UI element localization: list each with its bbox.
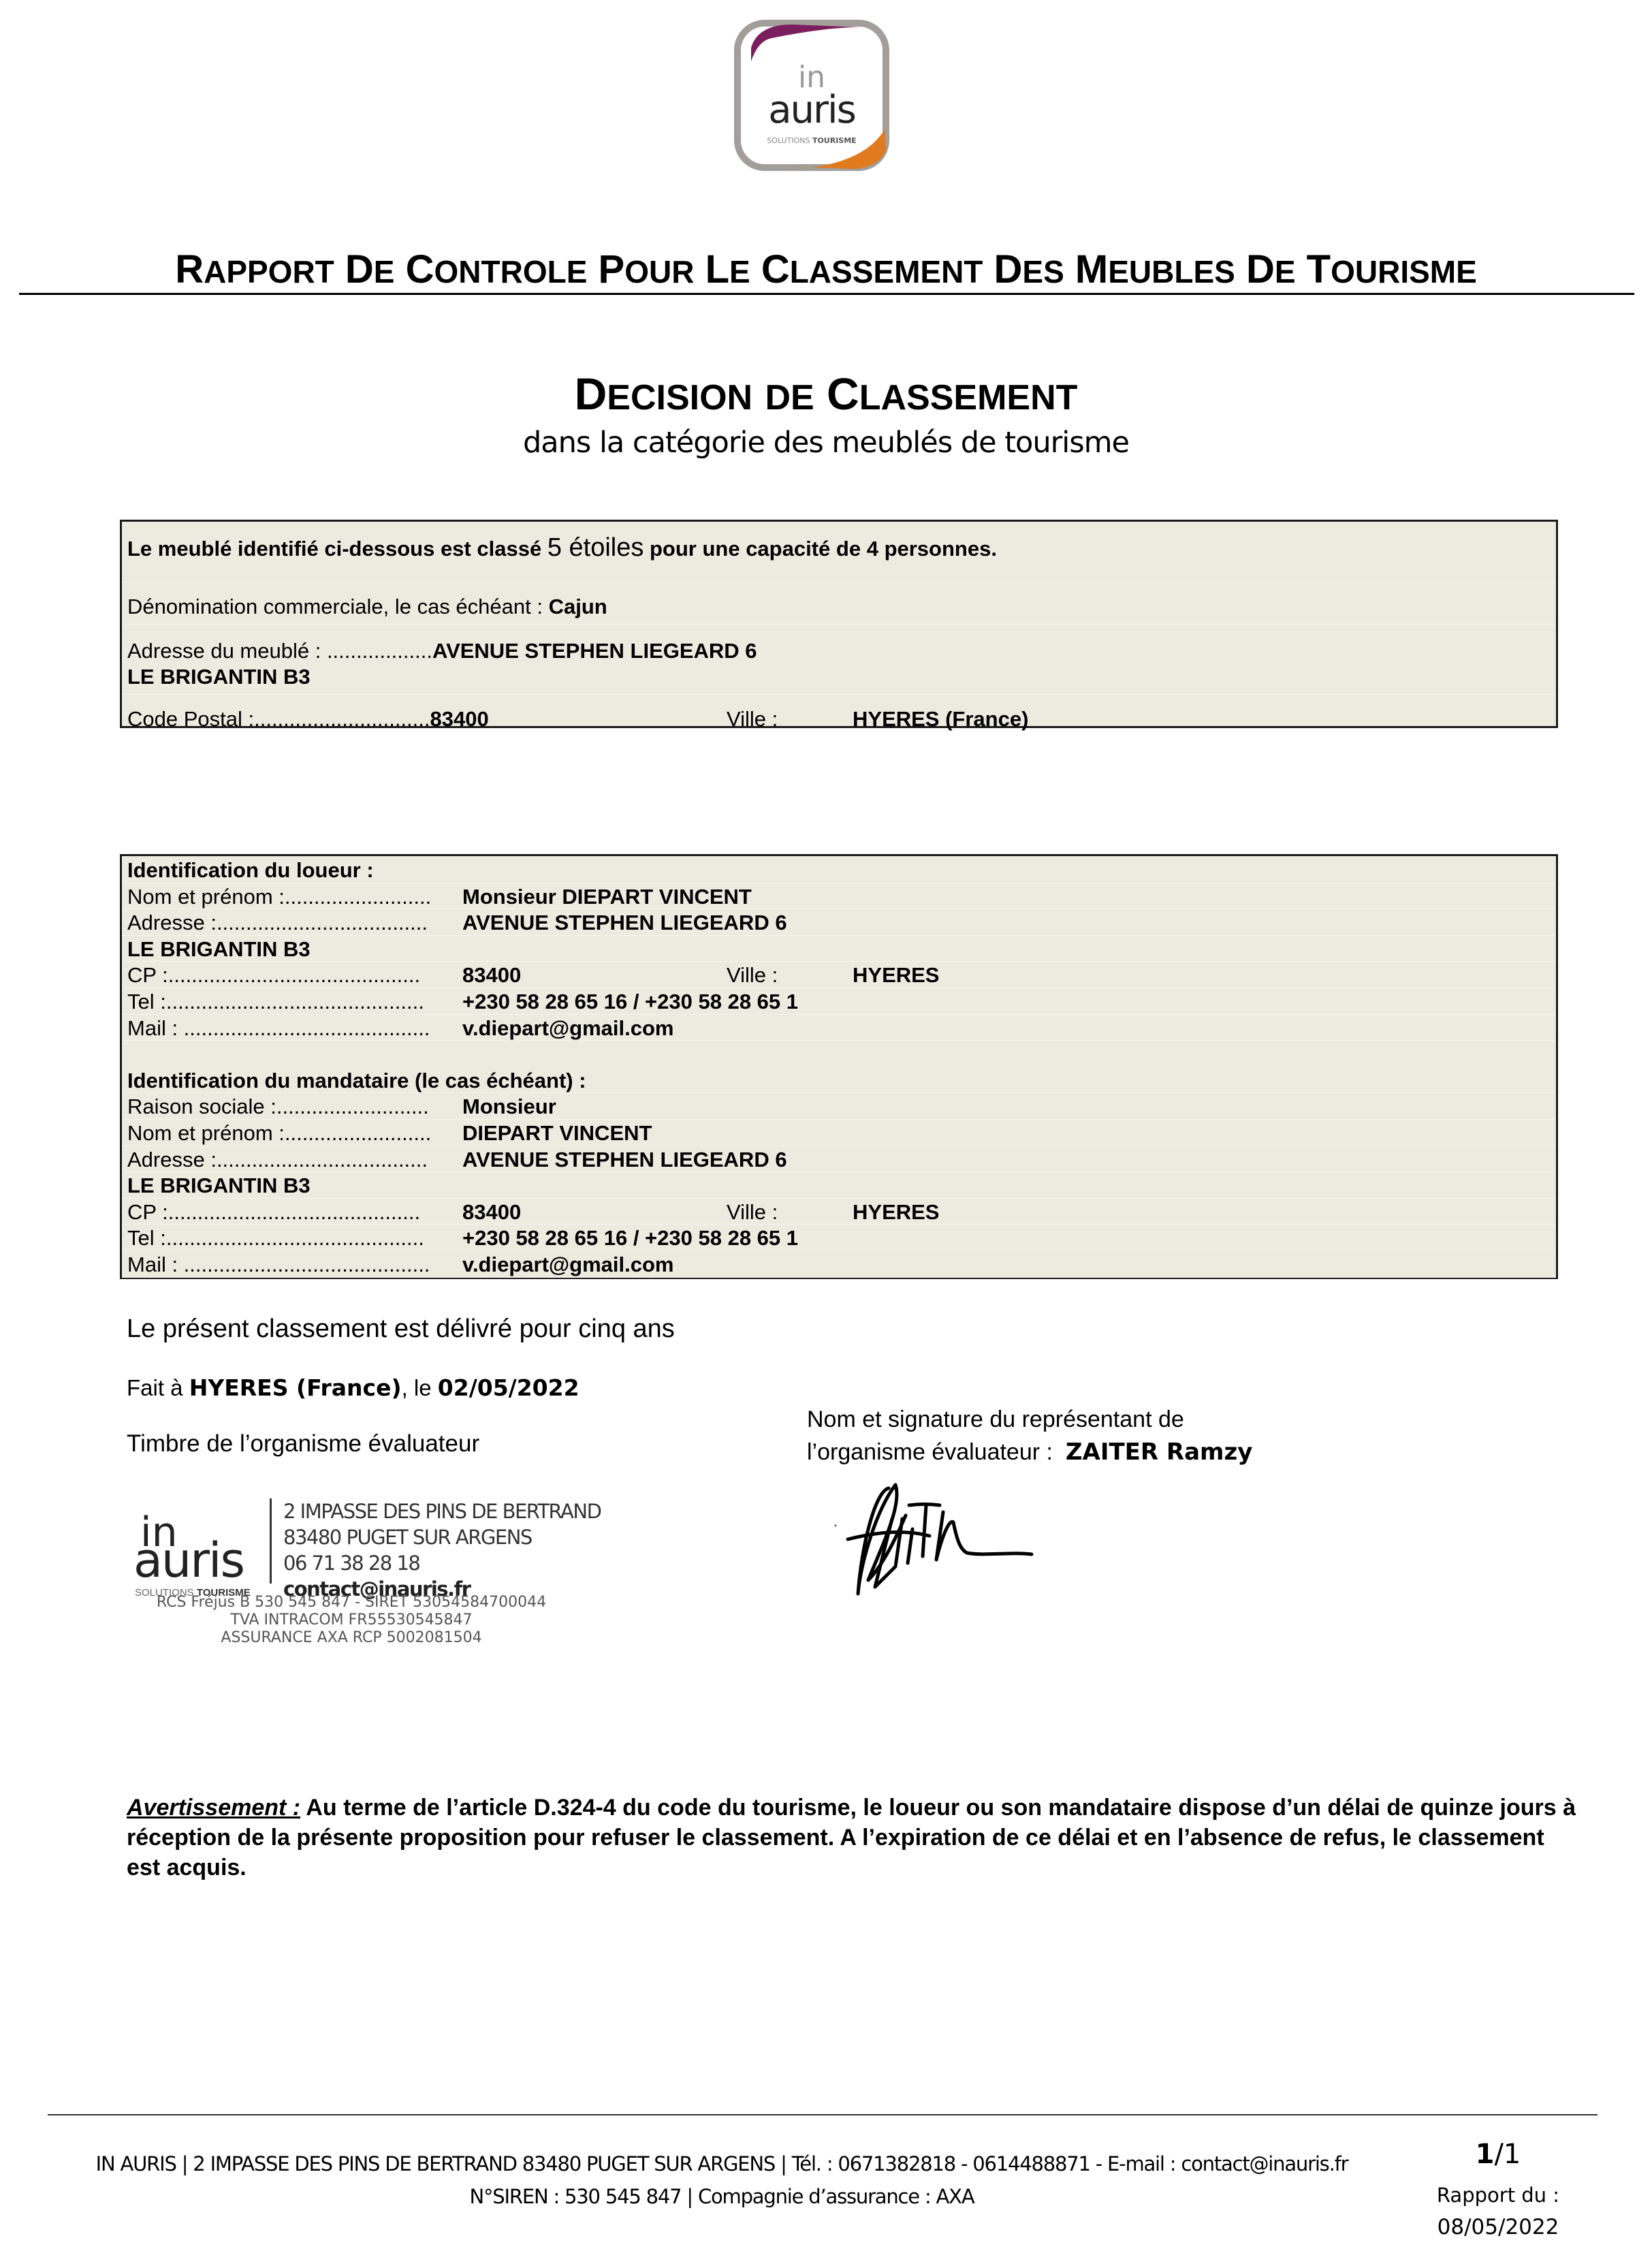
title-divider — [19, 293, 1634, 295]
validity-text: Le présent classement est délivré pour c… — [127, 1315, 675, 1344]
report-date: 08/05/2022 — [1396, 2215, 1600, 2239]
decision-heading: DECISION DE CLASSEMENT — [0, 368, 1652, 420]
svg-text:SOLUTIONS TOURISME: SOLUTIONS TOURISME — [767, 136, 856, 145]
capacity-value: 4 — [867, 537, 878, 561]
svg-text:auris: auris — [768, 88, 855, 132]
page-number: 1/1 — [1396, 2139, 1600, 2170]
mandataire-heading: Identification du mandataire (le cas éch… — [127, 1068, 586, 1094]
loueur-address-row: Adresse :...............................… — [127, 910, 428, 936]
denomination-value: Cajun — [549, 595, 607, 618]
report-date-label: Rapport du : — [1396, 2184, 1600, 2207]
representative-label: Nom et signature du représentant de l’or… — [807, 1403, 1252, 1468]
mandataire-cp-row: CP :....................................… — [127, 1199, 420, 1225]
denomination-row: Dénomination commerciale, le cas échéant… — [127, 595, 607, 619]
signature-image — [827, 1464, 1113, 1614]
postal-row: Code Postal :...........................… — [127, 707, 1149, 731]
identification-box: Identification du loueur :Nom et prénom … — [120, 854, 1558, 1279]
company-stamp: in auris SOLUTIONS TOURISME 2 IMPASSE DE… — [127, 1498, 617, 1675]
footer-divider — [48, 2114, 1598, 2115]
city-value: HYERES (France) — [853, 707, 1028, 731]
signed-date: 02/05/2022 — [438, 1374, 579, 1401]
stamp-label: Timbre de l’organisme évaluateur — [127, 1430, 479, 1458]
signed-place-date: Fait à HYERES (France), le 02/05/2022 — [127, 1374, 579, 1401]
footer-company-info: IN AURIS | 2 IMPASSE DES PINS DE BERTRAN… — [41, 2152, 1403, 2175]
classification-statement: Le meublé identifié ci-dessous est class… — [127, 533, 997, 563]
stamp-legal: RCS Fréjus B 530 545 847 - SIRET 5305458… — [127, 1594, 576, 1647]
footer-siren-info: N°SIREN : 530 545 847 | Compagnie d’assu… — [41, 2185, 1403, 2208]
report-title: RAPPORT DE CONTROLE POUR LE CLASSEMENT D… — [0, 247, 1652, 292]
address-row: Adresse du meublé : ..................AV… — [127, 639, 757, 663]
stamp-divider — [270, 1498, 272, 1584]
warning-notice: Avertissement : Au terme de l’article D.… — [127, 1793, 1584, 1883]
loueur-cp-row: CP :....................................… — [127, 962, 420, 988]
loueur-name-row: Nom et prénom :.........................… — [127, 884, 431, 910]
logo-graphic: in auris SOLUTIONS TOURISME — [731, 14, 893, 176]
loueur-address-line2: LE BRIGANTIN B3 — [127, 937, 311, 962]
signed-place: HYERES (France) — [189, 1374, 402, 1401]
loueur-mail-row: Mail : .................................… — [127, 1016, 430, 1041]
address-value: AVENUE STEPHEN LIEGEARD 6 — [432, 639, 757, 663]
loueur-heading: Identification du loueur : — [127, 857, 374, 883]
warning-label: Avertissement : — [127, 1795, 300, 1821]
inauris-logo: in auris SOLUTIONS TOURISME — [731, 14, 893, 176]
mandataire-mail-row: Mail : .................................… — [127, 1252, 430, 1278]
postal-value: 83400 — [430, 707, 489, 731]
address-line2: LE BRIGANTIN B3 — [127, 665, 311, 689]
mandataire-address-line2: LE BRIGANTIN B3 — [127, 1173, 311, 1199]
representative-name: ZAITER Ramzy — [1066, 1438, 1253, 1466]
warning-text: Au terme de l’article D.324-4 du code du… — [127, 1795, 1576, 1881]
stamp-address: 2 IMPASSE DES PINS DE BERTRAND 83480 PUG… — [283, 1498, 601, 1602]
classification-box: Le meublé identifié ci-dessous est class… — [120, 520, 1558, 728]
mandataire-tel-row: Tel :...................................… — [127, 1225, 424, 1251]
mandataire-raison-row: Raison sociale :........................… — [127, 1094, 429, 1120]
decision-subtitle: dans la catégorie des meublés de tourism… — [0, 426, 1652, 460]
loueur-tel-row: Tel :...................................… — [127, 989, 424, 1015]
mandataire-name-row: Nom et prénom :.........................… — [127, 1120, 431, 1146]
mandataire-address-row: Adresse :...............................… — [127, 1147, 428, 1173]
star-rating: 5 étoiles — [547, 533, 644, 562]
